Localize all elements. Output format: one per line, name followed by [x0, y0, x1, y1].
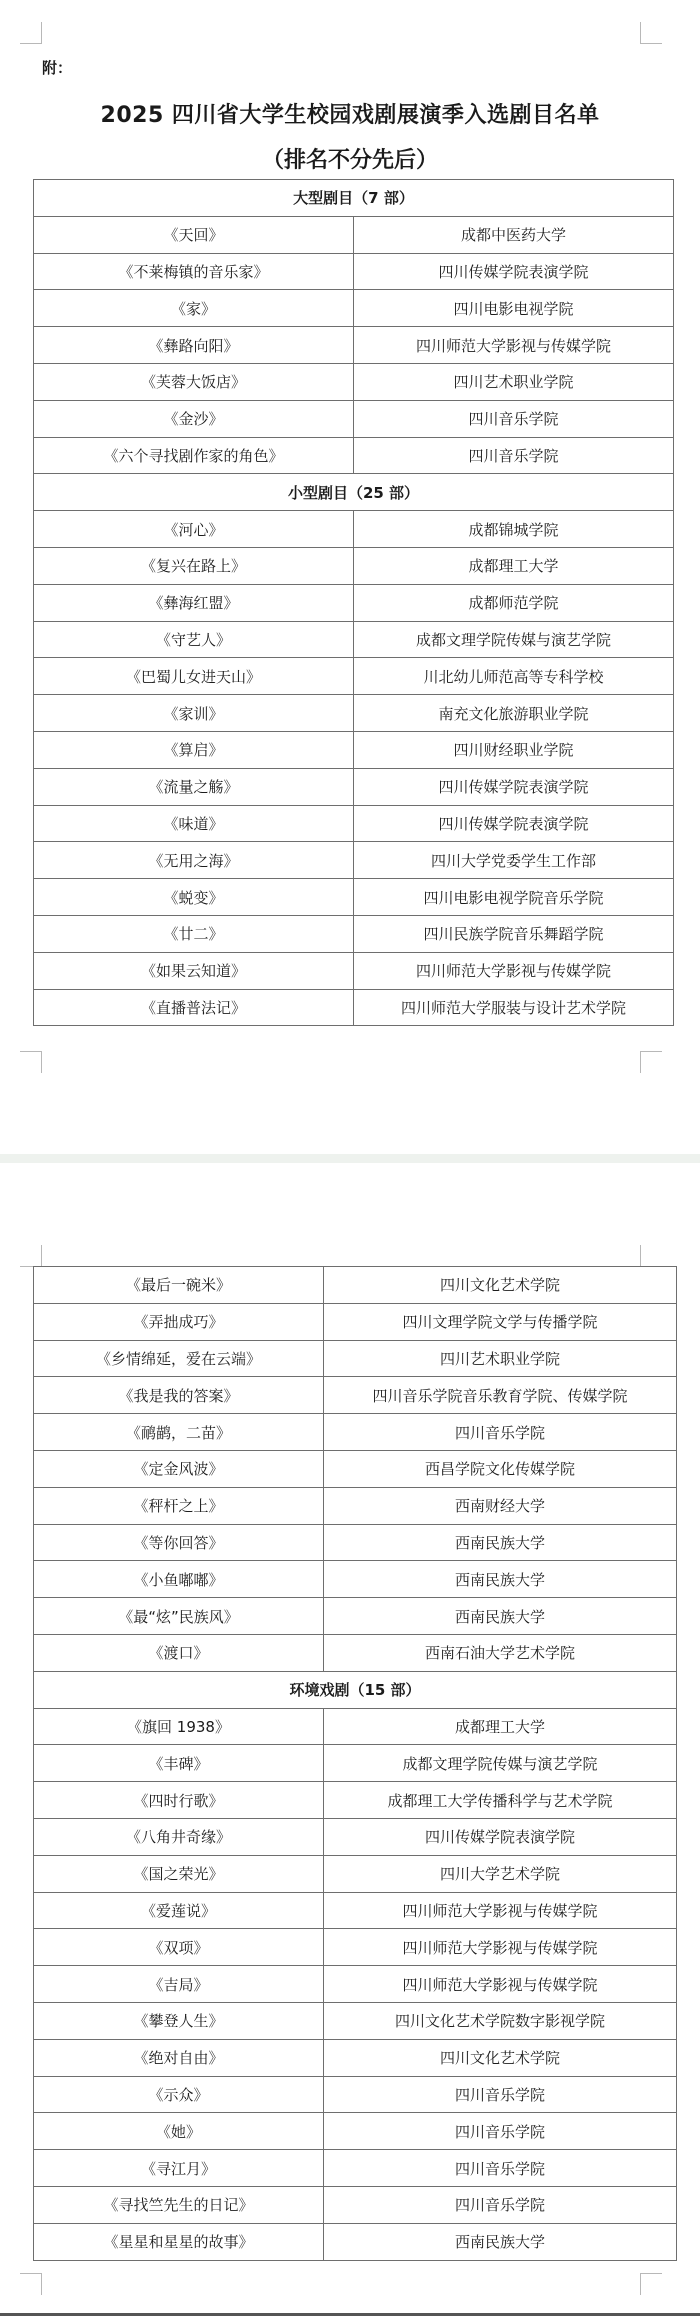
- table-row: 《吉局》四川师范大学影视与传媒学院: [34, 1966, 677, 2003]
- play-title: 《旗回 1938》: [34, 1708, 324, 1745]
- institution-name: 四川音乐学院: [324, 2113, 677, 2150]
- institution-name: 四川大学艺术学院: [324, 1855, 677, 1892]
- institution-name: 四川文化艺术学院: [324, 1267, 677, 1304]
- institution-name: 成都理工大学: [354, 547, 674, 584]
- institution-name: 四川音乐学院: [324, 2186, 677, 2223]
- play-title: 《守艺人》: [34, 621, 354, 658]
- institution-name: 四川师范大学影视与传媒学院: [324, 1966, 677, 2003]
- play-title: 《我是我的答案》: [34, 1377, 324, 1414]
- institution-name: 四川师范大学服装与设计艺术学院: [354, 989, 674, 1026]
- institution-name: 四川传媒学院表演学院: [354, 768, 674, 805]
- section-header: 大型剧目（7 部）: [34, 180, 674, 217]
- play-title: 《秤杆之上》: [34, 1487, 324, 1524]
- section-header: 环境戏剧（15 部）: [34, 1671, 677, 1708]
- play-title: 《味道》: [34, 805, 354, 842]
- institution-name: 西昌学院文化传媒学院: [324, 1450, 677, 1487]
- table-row: 《绝对自由》四川文化艺术学院: [34, 2039, 677, 2076]
- section-header-row: 环境戏剧（15 部）: [34, 1671, 677, 1708]
- play-title: 《爱莲说》: [34, 1892, 324, 1929]
- play-title: 《无用之海》: [34, 842, 354, 879]
- institution-name: 川北幼儿师范高等专科学校: [354, 658, 674, 695]
- table-row: 《河心》成都锦城学院: [34, 511, 674, 548]
- table-row: 《旗回 1938》成都理工大学: [34, 1708, 677, 1745]
- institution-name: 四川传媒学院表演学院: [354, 805, 674, 842]
- play-title: 《家训》: [34, 695, 354, 732]
- table-row: 《我是我的答案》四川音乐学院音乐教育学院、传媒学院: [34, 1377, 677, 1414]
- play-title: 《金沙》: [34, 400, 354, 437]
- attachment-label: 附：: [42, 57, 72, 78]
- table-row: 《渡口》西南石油大学艺术学院: [34, 1634, 677, 1671]
- institution-name: 四川音乐学院: [354, 437, 674, 474]
- table-row: 《彝路向阳》四川师范大学影视与传媒学院: [34, 327, 674, 364]
- table-row: 《芙蓉大饭店》四川艺术职业学院: [34, 363, 674, 400]
- institution-name: 西南财经大学: [324, 1487, 677, 1524]
- play-title: 《四时行歌》: [34, 1782, 324, 1819]
- document-subtitle: （排名不分先后）: [0, 143, 700, 174]
- table-row: 《国之荣光》四川大学艺术学院: [34, 1855, 677, 1892]
- table-row: 《乡情绵延，爱在云端》四川艺术职业学院: [34, 1340, 677, 1377]
- play-title: 《最“炫”民族风》: [34, 1598, 324, 1635]
- institution-name: 成都理工大学传播科学与艺术学院: [324, 1782, 677, 1819]
- table-row: 《丰碑》成都文理学院传媒与演艺学院: [34, 1745, 677, 1782]
- institution-name: 成都文理学院传媒与演艺学院: [354, 621, 674, 658]
- table-row: 《廿二》四川民族学院音乐舞蹈学院: [34, 915, 674, 952]
- play-title: 《攀登人生》: [34, 2002, 324, 2039]
- institution-name: 四川音乐学院音乐教育学院、传媒学院: [324, 1377, 677, 1414]
- play-title: 《廿二》: [34, 915, 354, 952]
- table-row: 《最后一碗米》四川文化艺术学院: [34, 1267, 677, 1304]
- play-title: 《寻江月》: [34, 2150, 324, 2187]
- institution-name: 成都理工大学: [324, 1708, 677, 1745]
- play-title: 《吉局》: [34, 1966, 324, 2003]
- table-row: 《四时行歌》成都理工大学传播科学与艺术学院: [34, 1782, 677, 1819]
- play-title: 《鸸鹋，二苗》: [34, 1414, 324, 1451]
- play-title: 《小鱼嘟嘟》: [34, 1561, 324, 1598]
- table-row: 《彝海红盟》成都师范学院: [34, 584, 674, 621]
- page-corner-mark: [640, 1051, 662, 1073]
- institution-name: 四川师范大学影视与传媒学院: [324, 1892, 677, 1929]
- play-title: 《最后一碗米》: [34, 1267, 324, 1304]
- play-title: 《定金风波》: [34, 1450, 324, 1487]
- institution-name: 四川大学党委学生工作部: [354, 842, 674, 879]
- table-row: 《小鱼嘟嘟》西南民族大学: [34, 1561, 677, 1598]
- institution-name: 四川民族学院音乐舞蹈学院: [354, 915, 674, 952]
- table-row: 《双项》四川师范大学影视与传媒学院: [34, 1929, 677, 1966]
- page-1: 附： 2025 四川省大学生校园戏剧展演季入选剧目名单 （排名不分先后） 大型剧…: [0, 0, 700, 1154]
- play-title: 《如果云知道》: [34, 952, 354, 989]
- table-row: 《巴蜀儿女进天山》川北幼儿师范高等专科学校: [34, 658, 674, 695]
- institution-name: 西南民族大学: [324, 1561, 677, 1598]
- table-row: 《寻江月》四川音乐学院: [34, 2150, 677, 2187]
- play-title: 《家》: [34, 290, 354, 327]
- institution-name: 四川传媒学院表演学院: [324, 1818, 677, 1855]
- play-title: 《彝路向阳》: [34, 327, 354, 364]
- page-corner-mark: [640, 1245, 662, 1267]
- play-title: 《芙蓉大饭店》: [34, 363, 354, 400]
- table-row: 《天回》成都中医药大学: [34, 216, 674, 253]
- table-row: 《味道》四川传媒学院表演学院: [34, 805, 674, 842]
- table-row: 《寻找竺先生的日记》四川音乐学院: [34, 2186, 677, 2223]
- table-row: 《攀登人生》四川文化艺术学院数字影视学院: [34, 2002, 677, 2039]
- institution-name: 四川师范大学影视与传媒学院: [354, 327, 674, 364]
- page-2: 《最后一碗米》四川文化艺术学院《弄拙成巧》四川文理学院文学与传播学院《乡情绵延，…: [0, 1163, 700, 2313]
- institution-name: 西南石油大学艺术学院: [324, 1634, 677, 1671]
- play-title: 《天回》: [34, 216, 354, 253]
- table-row: 《蜕变》四川电影电视学院音乐学院: [34, 879, 674, 916]
- institution-name: 成都师范学院: [354, 584, 674, 621]
- table-row: 《等你回答》西南民族大学: [34, 1524, 677, 1561]
- table-row: 《六个寻找剧作家的角色》四川音乐学院: [34, 437, 674, 474]
- table-row: 《守艺人》成都文理学院传媒与演艺学院: [34, 621, 674, 658]
- table-row: 《弄拙成巧》四川文理学院文学与传播学院: [34, 1303, 677, 1340]
- table-row: 《复兴在路上》成都理工大学: [34, 547, 674, 584]
- table-row: 《不莱梅镇的音乐家》四川传媒学院表演学院: [34, 253, 674, 290]
- table-row: 《家训》南充文化旅游职业学院: [34, 695, 674, 732]
- table-row: 《无用之海》四川大学党委学生工作部: [34, 842, 674, 879]
- institution-name: 成都中医药大学: [354, 216, 674, 253]
- institution-name: 四川师范大学影视与传媒学院: [354, 952, 674, 989]
- section-header-row: 大型剧目（7 部）: [34, 180, 674, 217]
- play-title: 《绝对自由》: [34, 2039, 324, 2076]
- institution-name: 四川艺术职业学院: [354, 363, 674, 400]
- play-title: 《八角井奇缘》: [34, 1818, 324, 1855]
- institution-name: 四川电影电视学院: [354, 290, 674, 327]
- institution-name: 成都文理学院传媒与演艺学院: [324, 1745, 677, 1782]
- table-row: 《算启》四川财经职业学院: [34, 731, 674, 768]
- table-row: 《最“炫”民族风》西南民族大学: [34, 1598, 677, 1635]
- play-title: 《弄拙成巧》: [34, 1303, 324, 1340]
- play-title: 《她》: [34, 2113, 324, 2150]
- selection-table-page-1: 大型剧目（7 部）《天回》成都中医药大学《不莱梅镇的音乐家》四川传媒学院表演学院…: [33, 179, 674, 1026]
- table-row: 《定金风波》西昌学院文化传媒学院: [34, 1450, 677, 1487]
- institution-name: 四川音乐学院: [324, 2076, 677, 2113]
- play-title: 《示众》: [34, 2076, 324, 2113]
- table-row: 《爱莲说》四川师范大学影视与传媒学院: [34, 1892, 677, 1929]
- table-row: 《鸸鹋，二苗》四川音乐学院: [34, 1414, 677, 1451]
- institution-name: 四川音乐学院: [324, 1414, 677, 1451]
- institution-name: 四川电影电视学院音乐学院: [354, 879, 674, 916]
- play-title: 《丰碑》: [34, 1745, 324, 1782]
- selection-table-page-2: 《最后一碗米》四川文化艺术学院《弄拙成巧》四川文理学院文学与传播学院《乡情绵延，…: [33, 1266, 677, 2261]
- play-title: 《蜕变》: [34, 879, 354, 916]
- table-row: 《八角井奇缘》四川传媒学院表演学院: [34, 1818, 677, 1855]
- play-title: 《巴蜀儿女进天山》: [34, 658, 354, 695]
- play-title: 《河心》: [34, 511, 354, 548]
- table-row: 《星星和星星的故事》西南民族大学: [34, 2223, 677, 2260]
- table-row: 《家》四川电影电视学院: [34, 290, 674, 327]
- institution-name: 四川音乐学院: [354, 400, 674, 437]
- institution-name: 四川艺术职业学院: [324, 1340, 677, 1377]
- play-title: 《算启》: [34, 731, 354, 768]
- play-title: 《彝海红盟》: [34, 584, 354, 621]
- page-separator: [0, 1154, 700, 1163]
- table-row: 《金沙》四川音乐学院: [34, 400, 674, 437]
- table-row: 《流量之觞》四川传媒学院表演学院: [34, 768, 674, 805]
- table-row: 《直播普法记》四川师范大学服装与设计艺术学院: [34, 989, 674, 1026]
- play-title: 《等你回答》: [34, 1524, 324, 1561]
- play-title: 《复兴在路上》: [34, 547, 354, 584]
- institution-name: 南充文化旅游职业学院: [354, 695, 674, 732]
- institution-name: 四川传媒学院表演学院: [354, 253, 674, 290]
- document-title: 2025 四川省大学生校园戏剧展演季入选剧目名单: [0, 98, 700, 129]
- play-title: 《乡情绵延，爱在云端》: [34, 1340, 324, 1377]
- page-corner-mark: [20, 22, 42, 44]
- play-title: 《六个寻找剧作家的角色》: [34, 437, 354, 474]
- play-title: 《渡口》: [34, 1634, 324, 1671]
- page-corner-mark: [640, 22, 662, 44]
- institution-name: 四川财经职业学院: [354, 731, 674, 768]
- play-title: 《流量之觞》: [34, 768, 354, 805]
- institution-name: 西南民族大学: [324, 1524, 677, 1561]
- play-title: 《直播普法记》: [34, 989, 354, 1026]
- table-row: 《秤杆之上》西南财经大学: [34, 1487, 677, 1524]
- play-title: 《不莱梅镇的音乐家》: [34, 253, 354, 290]
- institution-name: 西南民族大学: [324, 1598, 677, 1635]
- play-title: 《国之荣光》: [34, 1855, 324, 1892]
- institution-name: 四川师范大学影视与传媒学院: [324, 1929, 677, 1966]
- table-row: 《示众》四川音乐学院: [34, 2076, 677, 2113]
- page-corner-mark: [640, 2273, 662, 2295]
- section-header: 小型剧目（25 部）: [34, 474, 674, 511]
- institution-name: 四川文化艺术学院: [324, 2039, 677, 2076]
- play-title: 《双项》: [34, 1929, 324, 1966]
- section-header-row: 小型剧目（25 部）: [34, 474, 674, 511]
- play-title: 《星星和星星的故事》: [34, 2223, 324, 2260]
- institution-name: 四川音乐学院: [324, 2150, 677, 2187]
- institution-name: 四川文理学院文学与传播学院: [324, 1303, 677, 1340]
- table-row: 《如果云知道》四川师范大学影视与传媒学院: [34, 952, 674, 989]
- table-row: 《她》四川音乐学院: [34, 2113, 677, 2150]
- page-corner-mark: [20, 1051, 42, 1073]
- page-corner-mark: [20, 1245, 42, 1267]
- institution-name: 西南民族大学: [324, 2223, 677, 2260]
- institution-name: 四川文化艺术学院数字影视学院: [324, 2002, 677, 2039]
- page-corner-mark: [20, 2273, 42, 2295]
- play-title: 《寻找竺先生的日记》: [34, 2186, 324, 2223]
- institution-name: 成都锦城学院: [354, 511, 674, 548]
